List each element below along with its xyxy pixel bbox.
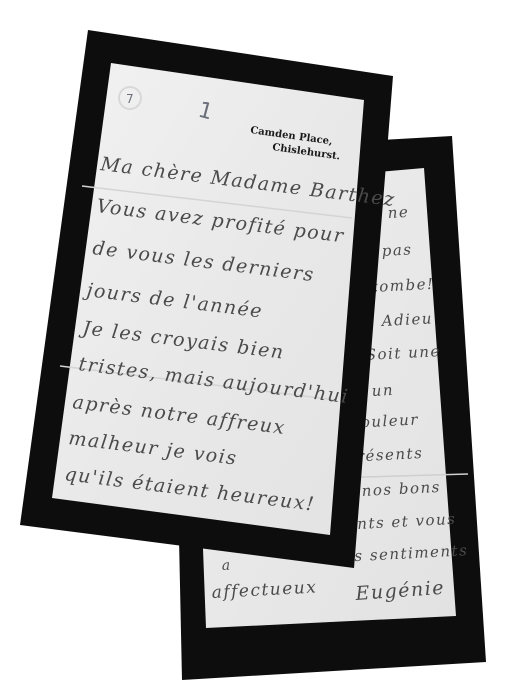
letters-photo: ne pas tombe! Adieu Soit une un douleur …	[0, 0, 530, 690]
back-line-3: tombe!	[371, 275, 435, 296]
back-line-6: un	[371, 381, 394, 400]
photo-scene: ne pas tombe! Adieu Soit une un douleur …	[0, 0, 530, 690]
front-sheet: 7 1 Camden Place, Chislehurst. Ma chère …	[20, 30, 397, 568]
back-line-12: a	[221, 558, 232, 574]
back-line-4: Adieu	[379, 309, 433, 330]
back-line-2: pas	[381, 240, 413, 260]
archive-stamp-number: 7	[126, 92, 134, 106]
